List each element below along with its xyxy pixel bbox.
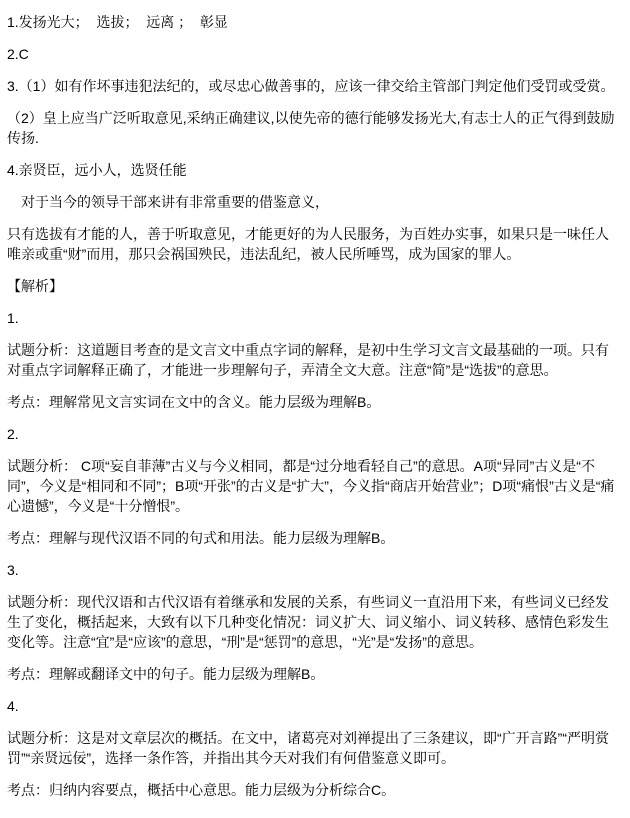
- exam-point: 考点：理解与现代汉语不同的句式和用法。能力层级为理解B。: [7, 528, 622, 548]
- exam-point: 考点：理解或翻译文中的句子。能力层级为理解B。: [7, 664, 622, 684]
- answer-4-detail: 只有选拔有才能的人，善于听取意见，才能更好的为人民服务，为百姓办实事，如果只是一…: [7, 224, 622, 264]
- analysis-section-number: 3.: [7, 560, 622, 580]
- analysis-text: 试题分析： C项“妄自菲薄”古义与今义相同，都是“过分地看轻自己”的意思。A项“…: [7, 456, 622, 516]
- exam-point: 考点：归纳内容要点，概括中心意思。能力层级为分析综合C。: [7, 780, 622, 800]
- answer-4: 4.亲贤臣，远小人，选贤任能: [7, 160, 622, 180]
- exam-point: 考点：理解常见文言实词在文中的含义。能力层级为理解B。: [7, 392, 622, 412]
- answer-sheet-document: 1.发扬光大； 选拔； 远离 ； 彰显 2.C 3.（1）如有作坏事违犯法纪的，…: [0, 0, 630, 818]
- answer-3-part1: 3.（1）如有作坏事违犯法纪的，或尽忠心做善事的，应该一律交给主管部门判定他们受…: [7, 76, 622, 96]
- analysis-section-number: 1.: [7, 308, 622, 328]
- answer-4-significance: 对于当今的领导干部来讲有非常重要的借鉴意义，: [7, 192, 622, 212]
- analysis-heading: 【解析】: [7, 276, 622, 296]
- answer-1: 1.发扬光大； 选拔； 远离 ； 彰显: [7, 12, 622, 32]
- analysis-section-number: 4.: [7, 696, 622, 716]
- analysis-section-number: 2.: [7, 424, 622, 444]
- analysis-text: 试题分析：这是对文章层次的概括。在文中，诸葛亮对刘禅提出了三条建议，即“广开言路…: [7, 728, 622, 768]
- answer-3-part2: （2）皇上应当广泛听取意见,采纳正确建议,以使先帝的德行能够发扬光大,有志士人的…: [7, 108, 622, 148]
- answer-2: 2.C: [7, 44, 622, 64]
- analysis-text: 试题分析：现代汉语和古代汉语有着继承和发展的关系，有些词义一直沿用下来，有些词义…: [7, 592, 622, 652]
- analysis-text: 试题分析：这道题目考查的是文言文中重点字词的解释，是初中生学习文言文最基础的一项…: [7, 340, 622, 380]
